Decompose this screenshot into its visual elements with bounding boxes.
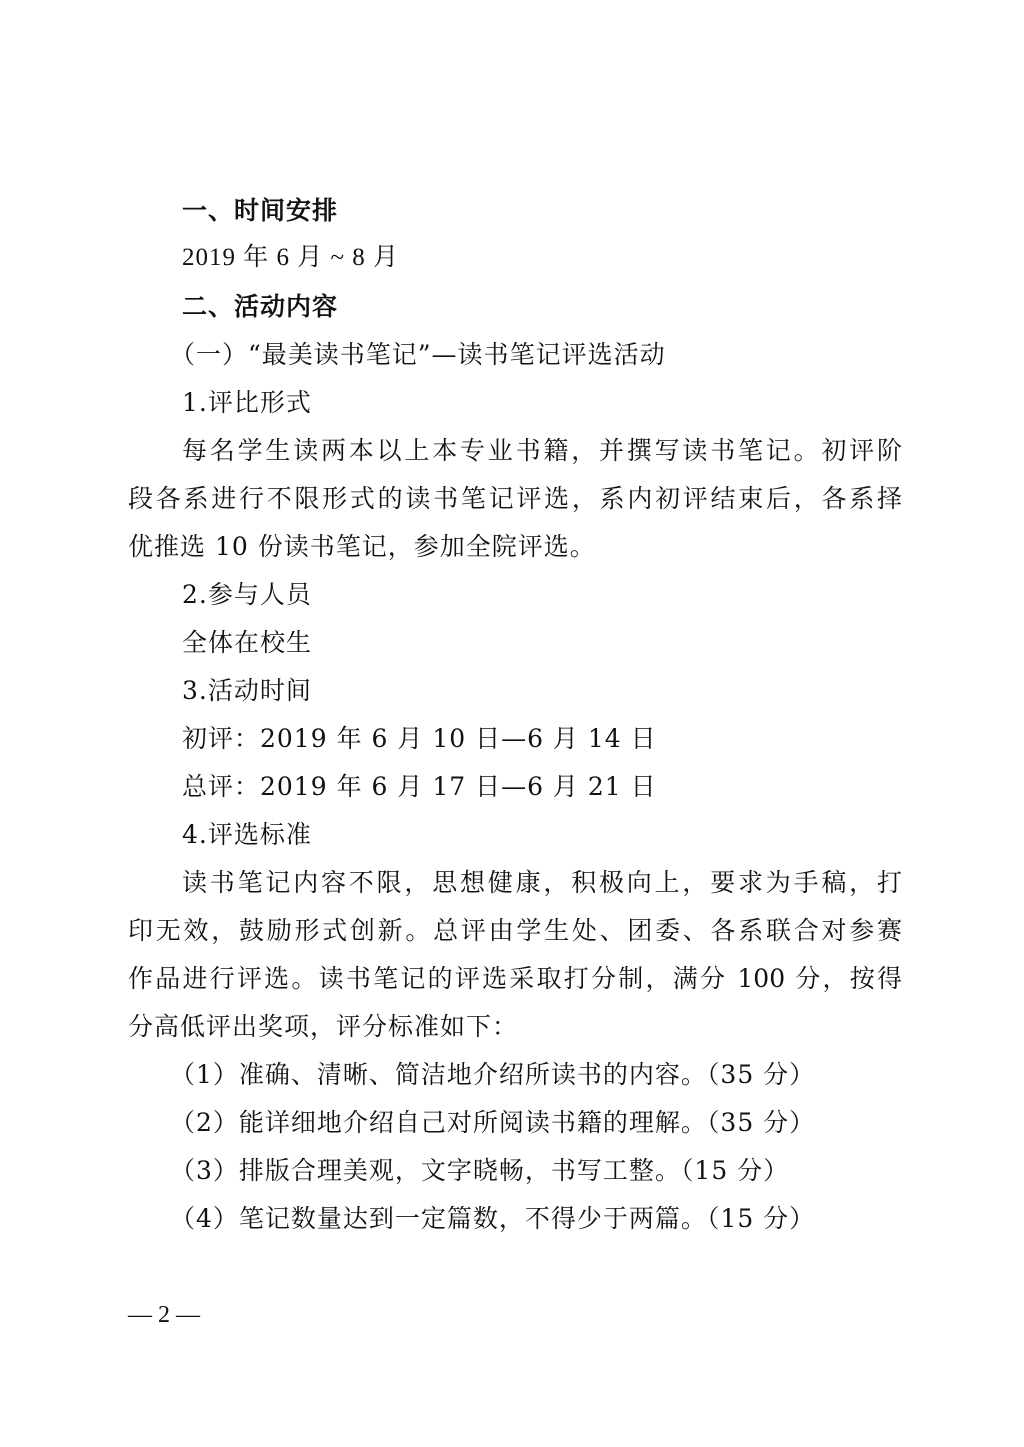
schedule-date-range: 2019 年 6 月 ~ 8 月 <box>182 243 399 273</box>
item-title-activity-time: 3.活动时间 <box>182 676 312 706</box>
item-title-participants: 2.参与人员 <box>182 580 312 610</box>
paragraph-line: 作品进行评选。读书笔记的评选采取打分制，满分 100 分，按得 <box>128 964 902 994</box>
paragraph-line: 分高低评出奖项，评分标准如下： <box>128 1012 518 1042</box>
paragraph-line: 读书笔记内容不限，思想健康，积极向上，要求为手稿，打 <box>182 868 902 898</box>
final-review-dates: 总评：2019 年 6 月 17 日—6 月 21 日 <box>182 772 657 802</box>
criteria-item: （1）准确、清晰、简洁地介绍所读书的内容。（35 分） <box>170 1060 815 1090</box>
paragraph-line: 印无效，鼓励形式创新。总评由学生处、团委、各系联合对参赛 <box>128 916 902 946</box>
initial-review-dates: 初评：2019 年 6 月 10 日—6 月 14 日 <box>182 724 657 754</box>
criteria-item: （4）笔记数量达到一定篇数，不得少于两篇。（15 分） <box>170 1204 815 1234</box>
item-title-criteria: 4.评选标准 <box>182 820 312 850</box>
subsection-heading-reading-notes: （一）“最美读书笔记”—读书笔记评选活动 <box>170 340 666 370</box>
criteria-item: （2）能详细地介绍自己对所阅读书籍的理解。（35 分） <box>170 1108 815 1138</box>
document-page: 一、时间安排 2019 年 6 月 ~ 8 月 二、活动内容 （一）“最美读书笔… <box>0 0 1024 1447</box>
criteria-item: （3）排版合理美观，文字晓畅，书写工整。（15 分） <box>170 1156 789 1186</box>
page-number: — 2 — <box>128 1300 200 1330</box>
item-title-format: 1.评比形式 <box>182 388 312 418</box>
section-heading-schedule: 一、时间安排 <box>182 196 338 226</box>
section-heading-content: 二、活动内容 <box>182 292 338 322</box>
paragraph-line: 每名学生读两本以上本专业书籍，并撰写读书笔记。初评阶 <box>182 436 902 466</box>
paragraph-line: 优推选 10 份读书笔记，参加全院评选。 <box>128 532 596 562</box>
participants-value: 全体在校生 <box>182 628 312 658</box>
paragraph-line: 段各系进行不限形式的读书笔记评选，系内初评结束后，各系择 <box>128 484 902 514</box>
